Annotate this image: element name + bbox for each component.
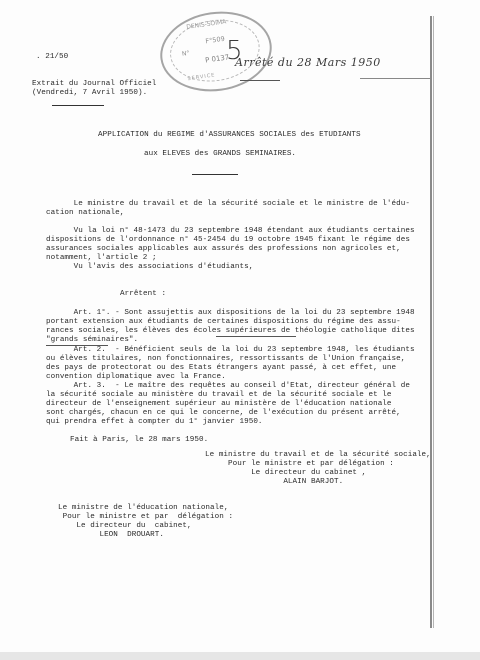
- article-line: portant extension aux étudiants de certa…: [46, 318, 401, 326]
- handwritten-annotation: Arrêté du 28 Mars 1950: [235, 56, 381, 69]
- article-3: Art. 3. - Le maître des requêtes au cons…: [46, 382, 410, 427]
- margin-rule-shadow: [433, 16, 434, 628]
- signature-line: Le ministre du travail et de la sécurité…: [205, 451, 431, 459]
- signature-block-education: Le ministre de l'éducation nationale, Po…: [58, 504, 233, 540]
- place-and-date: Fait à Paris, le 28 mars 1950.: [70, 436, 208, 445]
- margin-rule: [430, 16, 432, 628]
- article-line: convention diplomatique avec la France.: [46, 373, 226, 381]
- article-2: Art. 2. - Bénéficient seuls de la loi du…: [46, 346, 415, 382]
- stamp-number-label: N°: [182, 50, 190, 58]
- signature-line: Le directeur du cabinet ,: [205, 469, 366, 477]
- page-bottom-edge: [0, 652, 480, 660]
- preamble-line: Le ministre du travail et de la sécurité…: [46, 200, 410, 208]
- title-line-1: APPLICATION du REGIME d'ASSURANCES SOCIA…: [98, 131, 361, 140]
- source-underline: [52, 105, 104, 106]
- underline-eleves: [216, 336, 296, 337]
- signature-line: Pour le ministre et par délégation :: [205, 460, 394, 468]
- article-line: ou élèves titulaires, non fonctionnaires…: [46, 355, 405, 363]
- article-line: "grands séminaires".: [46, 336, 138, 344]
- decree-heading: Arrêtent :: [120, 290, 166, 299]
- handwritten-underline: [240, 80, 280, 81]
- preamble-line: notamment, l'article 2 ;: [46, 254, 157, 262]
- source-extract: Extrait du Journal Officiel (Vendredi, 7…: [32, 80, 156, 98]
- article-1: Art. 1°. - Sont assujettis aux dispositi…: [46, 309, 415, 345]
- article-line: rances sociales, les élèves des écoles s…: [46, 327, 415, 335]
- title-line-2: aux ELEVES des GRANDS SEMINAIRES.: [144, 150, 296, 159]
- reference-number: . 21/50: [36, 53, 68, 62]
- preamble: Le ministre du travail et de la sécurité…: [46, 200, 415, 272]
- preamble-line: Vu la loi n° 48-1473 du 23 septembre 194…: [46, 227, 415, 235]
- source-line-1: Extrait du Journal Officiel: [32, 80, 156, 88]
- article-line: des pays de protectorat ou des Etats étr…: [46, 364, 396, 372]
- archive-stamp: DENIS-SOIMA F°509 N° P 0137 SERVICE: [155, 5, 277, 99]
- title-underline: [192, 174, 238, 175]
- source-line-2: (Vendredi, 7 Avril 1950).: [32, 89, 147, 97]
- signature-line: Le ministre de l'éducation nationale,: [58, 504, 228, 512]
- article-line: sont chargés, chacun en ce qui le concer…: [46, 409, 401, 417]
- signature-name: ALAIN BARJOT.: [205, 478, 343, 486]
- preamble-line: cation nationale,: [46, 209, 124, 217]
- signature-name: LEON DROUART.: [58, 531, 164, 539]
- signature-block-labor: Le ministre du travail et de la sécurité…: [205, 451, 431, 487]
- document-page: . 21/50 Extrait du Journal Officiel (Ven…: [0, 0, 480, 660]
- article-line: Art. 2. - Bénéficient seuls de la loi du…: [46, 346, 415, 354]
- handwritten-dash: [360, 78, 430, 79]
- article-line: la sécurité sociale au ministère du trav…: [46, 391, 392, 399]
- signature-line: Le directeur du cabinet,: [58, 522, 192, 530]
- article-line: Art. 3. - Le maître des requêtes au cons…: [46, 382, 410, 390]
- signature-line: Pour le ministre et par délégation :: [58, 513, 233, 521]
- preamble-line: Vu l'avis des associations d'étudiants,: [46, 263, 253, 271]
- preamble-line: dispositions de l'ordonnance n° 45-2454 …: [46, 236, 410, 244]
- article-line: directeur de l'enseignement supérieur au…: [46, 400, 392, 408]
- article-line: Art. 1°. - Sont assujettis aux dispositi…: [46, 309, 415, 317]
- preamble-line: assurances sociales applicables aux assu…: [46, 245, 401, 253]
- article-line: qui prendra effet à compter du 1° janvie…: [46, 418, 263, 426]
